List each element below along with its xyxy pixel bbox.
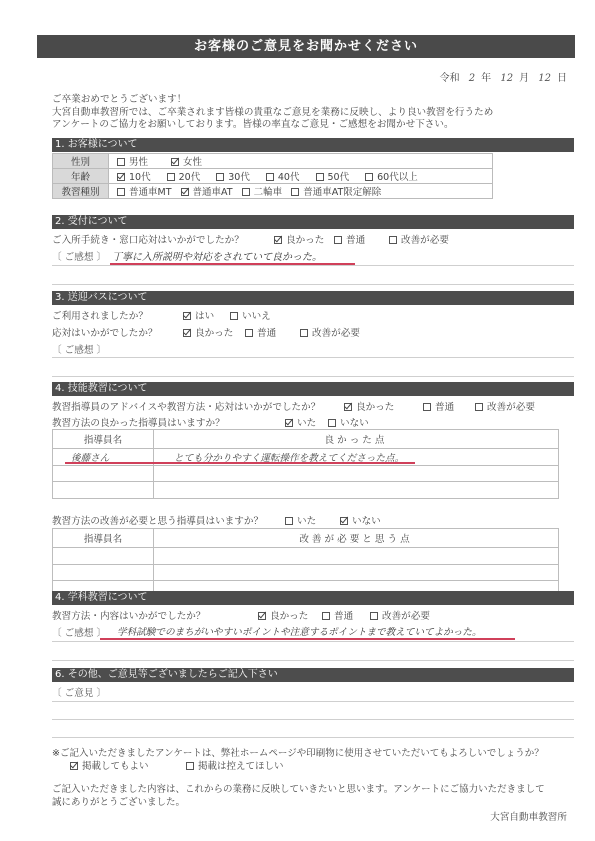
reception-question-row: ご入所手続き・窓口応対はいかがでしたか？ 良かった 普通 改善が必要	[52, 232, 572, 244]
comment-line	[52, 737, 574, 738]
option-label: いない	[352, 516, 381, 527]
course-type-options: 普通車MT 普通車AT 二輪車 普通車AT限定解除	[109, 184, 493, 199]
instructor-rating-question: 教習指導員のアドバイスや教習方法・応対はいかがでしたか？	[52, 402, 320, 413]
checkbox-icon[interactable]	[285, 517, 293, 525]
option-label: 40代	[278, 172, 300, 183]
option-30s[interactable]: 30代	[216, 169, 250, 183]
option-label: 二輪車	[254, 187, 283, 198]
age-label: 年齢	[53, 169, 109, 184]
option-at-limit-removal[interactable]: 普通車AT限定解除	[291, 184, 381, 198]
checkbox-icon[interactable]	[266, 173, 274, 181]
checkbox-icon[interactable]	[322, 612, 330, 620]
checkbox-icon[interactable]	[230, 312, 238, 320]
age-options: 10代 20代 30代 40代 50代 60代以上	[109, 169, 493, 184]
section-heading-other-comments: 6. その他、ご意見等ございましたらご記入下さい	[52, 668, 574, 682]
improvement-points-cell[interactable]	[154, 548, 559, 565]
comment-line	[52, 265, 574, 266]
option-20s[interactable]: 20代	[167, 169, 201, 183]
header-instructor-name: 指導員名	[53, 430, 154, 449]
comment-line	[52, 660, 574, 661]
checkbox-checked-icon[interactable]	[70, 762, 78, 770]
checkbox-checked-icon[interactable]	[258, 612, 266, 620]
option-label: 普通	[346, 235, 365, 246]
option-yes[interactable]: はい	[183, 308, 214, 322]
option-label: 60代以上	[377, 172, 418, 183]
improvement-points-cell[interactable]	[154, 564, 559, 581]
checkbox-icon[interactable]	[167, 173, 175, 181]
date-month-value[interactable]: 12	[500, 73, 513, 84]
section-heading-reception: 2. 受付について	[52, 215, 574, 229]
option-50s[interactable]: 50代	[316, 169, 350, 183]
checkbox-icon[interactable]	[423, 403, 431, 411]
checkbox-icon[interactable]	[370, 612, 378, 620]
option-needs-improvement[interactable]: 改善が必要	[300, 325, 360, 339]
checkbox-icon[interactable]	[216, 173, 224, 181]
checkbox-icon[interactable]	[242, 188, 250, 196]
option-label: 20代	[179, 172, 201, 183]
instructor-name-cell[interactable]	[53, 548, 154, 565]
classroom-rating-row: 教習方法・内容はいかがでしたか？ 良かった 普通 改善が必要	[52, 608, 572, 620]
checkbox-icon[interactable]	[245, 329, 253, 337]
comment-line	[52, 701, 574, 702]
table-header-row: 指導員名 良かった点	[53, 430, 559, 449]
table-row	[53, 465, 559, 482]
option-40s[interactable]: 40代	[266, 169, 300, 183]
pen-underline	[100, 638, 515, 640]
option-label: 改善が必要	[487, 402, 535, 413]
comment-line	[52, 719, 574, 720]
option-label: いた	[297, 516, 316, 527]
checkbox-icon[interactable]	[389, 236, 397, 244]
date-month-label: 月	[519, 73, 529, 84]
option-no[interactable]: いいえ	[230, 308, 271, 322]
header-instructor-name: 指導員名	[53, 529, 154, 548]
option-yes[interactable]: いた	[285, 415, 316, 429]
option-label: 良かった	[195, 328, 233, 339]
bus-usage-question: ご利用されましたか？	[52, 311, 148, 322]
date-year-value[interactable]: 2	[469, 73, 475, 84]
checkbox-checked-icon[interactable]	[171, 158, 179, 166]
checkbox-icon[interactable]	[365, 173, 373, 181]
option-label: 改善が必要	[382, 611, 430, 622]
gender-options: 男性 女性	[109, 154, 493, 169]
checkbox-checked-icon[interactable]	[183, 312, 191, 320]
closing-text: ご記入いただきました内容は、これからの業務に反映していきたいと思います。アンケー…	[52, 784, 545, 809]
option-label: 女性	[183, 157, 202, 168]
date-day-label: 日	[557, 73, 567, 84]
table-header-row: 指導員名 改善が必要と思う点	[53, 529, 559, 548]
consent-question: ※ご記入いただきましたアンケートは、弊社ホームページや印刷物に使用させていただい…	[52, 748, 544, 761]
checkbox-checked-icon[interactable]	[117, 173, 125, 181]
reception-question: ご入所手続き・窓口応対はいかがでしたか？	[52, 235, 244, 246]
section-heading-classroom-lessons: 4. 学科教習について	[52, 591, 574, 605]
option-label: はい	[195, 311, 214, 322]
option-label: いいえ	[242, 311, 271, 322]
bus-service-question: 応対はいかがでしたか？	[52, 328, 158, 339]
improve-instructor-question: 教習方法の改善が必要と思う指導員はいますか？	[52, 516, 263, 527]
instructor-rating-row: 教習指導員のアドバイスや教習方法・応対はいかがでしたか？ 良かった 普通 改善が…	[52, 399, 572, 411]
intro-text: ご卒業おめでとうございます！ 大宮自動車教習所では、ご卒業されます皆様の貴重なご…	[52, 94, 572, 132]
checkbox-checked-icon[interactable]	[183, 329, 191, 337]
option-10s[interactable]: 10代	[117, 169, 151, 183]
gender-label: 性別	[53, 154, 109, 169]
option-good[interactable]: 良かった	[344, 399, 394, 413]
consent-decline[interactable]: 掲載は控えてほしい	[186, 761, 284, 774]
instructor-name-cell[interactable]	[53, 465, 154, 482]
option-label: 普通	[435, 402, 454, 413]
option-label: 30代	[228, 172, 250, 183]
pen-underline	[65, 462, 415, 464]
option-label: 良かった	[270, 611, 308, 622]
option-good[interactable]: 良かった	[183, 325, 233, 339]
option-60s-plus[interactable]: 60代以上	[365, 169, 418, 183]
instructor-name-cell[interactable]	[53, 482, 154, 499]
other-comment-label: 〔 ご意見 〕	[52, 685, 106, 699]
instructor-name-cell[interactable]	[53, 564, 154, 581]
comment-line	[52, 284, 574, 285]
option-motorcycle[interactable]: 二輪車	[242, 184, 283, 198]
checkbox-checked-icon[interactable]	[344, 403, 352, 411]
checkbox-icon[interactable]	[334, 236, 342, 244]
option-label: 改善が必要	[401, 235, 449, 246]
option-label: 掲載は控えてほしい	[198, 761, 284, 772]
option-label: 普通車AT	[193, 187, 233, 198]
improve-instructor-row: 教習方法の改善が必要と思う指導員はいますか？ いた いない	[52, 513, 572, 525]
option-needs-improvement[interactable]: 改善が必要	[389, 232, 449, 246]
closing-line: ご記入いただきました内容は、これからの業務に反映していきたいと思います。アンケー…	[52, 784, 545, 797]
option-no[interactable]: いない	[328, 415, 369, 429]
date-era: 令和	[440, 73, 460, 84]
option-label: 普通車MT	[129, 187, 172, 198]
comment-line	[52, 357, 574, 358]
course-type-label: 教習種別	[53, 184, 109, 199]
option-label: 普通	[334, 611, 353, 622]
section-heading-customer: 1. お客様について	[52, 138, 574, 152]
checkbox-checked-icon[interactable]	[274, 236, 282, 244]
bus-service-row: 応対はいかがでしたか？ 良かった 普通 改善が必要	[52, 325, 572, 337]
consent-allow[interactable]: 掲載してもよい	[70, 761, 149, 774]
option-label: 10代	[129, 172, 151, 183]
table-row	[53, 564, 559, 581]
option-label: いない	[340, 418, 369, 429]
customer-info-table: 性別 男性 女性 年齢 10代 20代 30代 40代 50代 60代以上 教習…	[52, 153, 493, 199]
date-year-label: 年	[481, 73, 491, 84]
section-heading-driving-lessons: 4. 技能教習について	[52, 382, 574, 396]
bus-comment-label: 〔 ご感想 〕	[52, 342, 106, 356]
option-standard-mt[interactable]: 普通車MT	[117, 184, 172, 198]
classroom-rating-question: 教習方法・内容はいかがでしたか？	[52, 611, 206, 622]
gender-row: 性別 男性 女性	[53, 154, 493, 169]
checkbox-icon[interactable]	[300, 329, 308, 337]
checkbox-checked-icon[interactable]	[340, 517, 348, 525]
option-label: 掲載してもよい	[82, 761, 149, 772]
option-average[interactable]: 普通	[322, 608, 353, 622]
option-average[interactable]: 普通	[423, 399, 454, 413]
checkbox-icon[interactable]	[186, 762, 194, 770]
checkbox-icon[interactable]	[328, 419, 336, 427]
checkbox-checked-icon[interactable]	[181, 188, 189, 196]
checkbox-icon[interactable]	[475, 403, 483, 411]
option-average[interactable]: 普通	[245, 325, 276, 339]
reception-comment[interactable]: 丁寧に入所説明や対応をされていて良かった。	[112, 248, 322, 263]
closing-line: 誠にありがとうございました。	[52, 797, 545, 810]
header-improvement-points: 改善が必要と思う点	[154, 529, 559, 548]
header-good-points: 良かった点	[154, 430, 559, 449]
checkbox-icon[interactable]	[291, 188, 299, 196]
checkbox-checked-icon[interactable]	[285, 419, 293, 427]
intro-line: ご卒業おめでとうございます！	[52, 94, 572, 107]
option-male[interactable]: 男性	[117, 154, 148, 168]
option-needs-improvement[interactable]: 改善が必要	[370, 608, 430, 622]
form-title: お客様のご意見をお聞かせください	[37, 35, 575, 58]
classroom-comment[interactable]: 学科試験でのまちがいやすいポイントや注意するポイントまで教えていてよかった。	[117, 624, 482, 638]
checkbox-icon[interactable]	[117, 188, 125, 196]
improve-instructor-table: 指導員名 改善が必要と思う点	[52, 528, 559, 598]
good-instructor-row: 教習方法の良かった指導員はいますか？ いた いない	[52, 415, 572, 427]
option-label: 普通	[257, 328, 276, 339]
good-points-cell[interactable]	[154, 465, 559, 482]
option-label: 良かった	[286, 235, 324, 246]
checkbox-icon[interactable]	[316, 173, 324, 181]
table-row	[53, 482, 559, 499]
option-label: いた	[297, 418, 316, 429]
intro-line: アンケートのご協力をお願いしております。皆様の率直なご意見・ご感想をお聞かせ下さ…	[52, 119, 572, 132]
option-good[interactable]: 良かった	[274, 232, 324, 246]
intro-line: 大宮自動車教習所では、ご卒業されます皆様の貴重なご意見を業務に反映し、より良い教…	[52, 107, 572, 120]
option-needs-improvement[interactable]: 改善が必要	[475, 399, 535, 413]
option-label: 50代	[328, 172, 350, 183]
signature: 大宮自動車教習所	[490, 809, 567, 823]
comment-line	[52, 641, 574, 642]
age-row: 年齢 10代 20代 30代 40代 50代 60代以上	[53, 169, 493, 184]
good-points-cell[interactable]	[154, 482, 559, 499]
option-label: 改善が必要	[312, 328, 360, 339]
option-yes[interactable]: いた	[285, 513, 316, 527]
option-female[interactable]: 女性	[171, 154, 202, 168]
checkbox-icon[interactable]	[117, 158, 125, 166]
option-label: 男性	[129, 157, 148, 168]
option-label: 普通車AT限定解除	[303, 187, 381, 198]
bus-usage-row: ご利用されましたか？ はい いいえ	[52, 308, 572, 320]
section-heading-shuttle-bus: 3. 送迎バスについて	[52, 291, 574, 305]
classroom-comment-label: 〔 ご感想 〕	[52, 625, 106, 639]
option-label: 良かった	[356, 402, 394, 413]
date-day-value[interactable]: 12	[538, 73, 551, 84]
comment-line	[52, 376, 574, 377]
option-good[interactable]: 良かった	[258, 608, 308, 622]
reception-comment-label: 〔 ご感想 〕	[52, 249, 106, 263]
course-type-row: 教習種別 普通車MT 普通車AT 二輪車 普通車AT限定解除	[53, 184, 493, 199]
option-standard-at[interactable]: 普通車AT	[181, 184, 233, 198]
option-average[interactable]: 普通	[334, 232, 365, 246]
good-instructor-question: 教習方法の良かった指導員はいますか？	[52, 418, 225, 429]
date-line: 令和 2年 12月 12日	[440, 69, 567, 84]
table-row	[53, 548, 559, 565]
option-no[interactable]: いない	[340, 513, 381, 527]
